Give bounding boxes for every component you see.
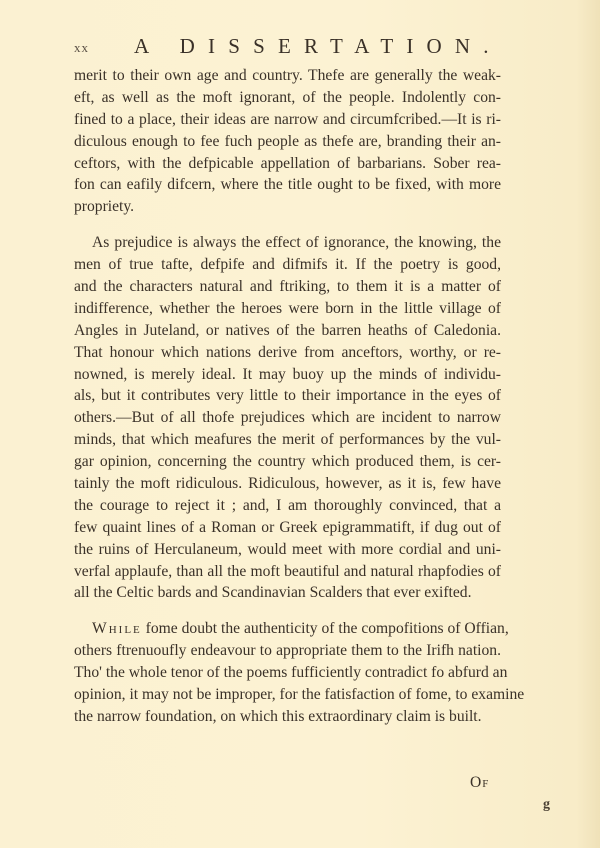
catchword: Of bbox=[470, 774, 489, 792]
paragraph-3: While fome doubt the authenticity of the… bbox=[74, 618, 501, 727]
text-line: ceftors, with the defpicable appellation… bbox=[74, 153, 501, 175]
text-line: diculous enough to fee fuch people as th… bbox=[74, 131, 501, 153]
text-line: the ruins of Herculaneum, would meet wit… bbox=[74, 539, 501, 561]
paragraph-2: As prejudice is always the effect of ign… bbox=[74, 232, 501, 604]
text-line: eft, as well as the moft ignorant, of th… bbox=[74, 87, 501, 109]
text-line: others ftrenuoufly endeavour to appropri… bbox=[74, 640, 501, 662]
signature-mark: g bbox=[543, 797, 550, 813]
text-line: tainly the moft ridiculous. Ridiculous, … bbox=[74, 473, 501, 495]
running-title: A DISSERTATION. bbox=[134, 34, 502, 59]
page-number: xx bbox=[74, 40, 89, 56]
text-line: and the characters natural and ftriking,… bbox=[74, 276, 501, 298]
text-line: Angles in Juteland, or natives of the ba… bbox=[74, 320, 501, 342]
lead-word: While bbox=[92, 620, 142, 637]
text-line: als, but it contributes very little to t… bbox=[74, 385, 501, 407]
text-line: opinion, it may not be improper, for the… bbox=[74, 684, 501, 706]
text-line: minds, that which meafures the merit of … bbox=[74, 429, 501, 451]
text-line: While fome doubt the authenticity of the… bbox=[74, 618, 501, 640]
text-line: the courage to reject it ; and, I am tho… bbox=[74, 495, 501, 517]
text-line: few quaint lines of a Roman or Greek epi… bbox=[74, 517, 501, 539]
text-line: Tho' the whole tenor of the poems fuffic… bbox=[74, 662, 501, 684]
text-line: That honour which nations derive from an… bbox=[74, 342, 501, 364]
text-line: indifference, whether the heroes were bo… bbox=[74, 298, 501, 320]
paragraph-1: merit to their own age and country. Thef… bbox=[74, 65, 501, 218]
text-line: others.—But of all thofe prejudices whic… bbox=[74, 407, 501, 429]
text-line: verfal applaufe, than all the moft beaut… bbox=[74, 561, 501, 583]
text-line: fon can eafily difcern, where the title … bbox=[74, 174, 501, 196]
line-text: fome doubt the authenticity of the compo… bbox=[142, 620, 509, 637]
book-page: xx A DISSERTATION. merit to their own ag… bbox=[0, 0, 600, 848]
text-line: As prejudice is always the effect of ign… bbox=[74, 232, 501, 254]
text-line: men of true tafte, defpife and difmifs i… bbox=[74, 254, 501, 276]
text-line: propriety. bbox=[74, 196, 501, 218]
text-line: nowned, is merely ideal. It may buoy up … bbox=[74, 364, 501, 386]
text-line: fined to a place, their ideas are narrow… bbox=[74, 109, 501, 131]
page-header: xx A DISSERTATION. bbox=[74, 34, 514, 58]
body-text: merit to their own age and country. Thef… bbox=[74, 65, 501, 728]
text-line: merit to their own age and country. Thef… bbox=[74, 65, 501, 87]
text-line: the narrow foundation, on which this ext… bbox=[74, 706, 501, 728]
text-line: all the Celtic bards and Scandinavian Sc… bbox=[74, 582, 501, 604]
text-line: gar opinion, concerning the country whic… bbox=[74, 451, 501, 473]
